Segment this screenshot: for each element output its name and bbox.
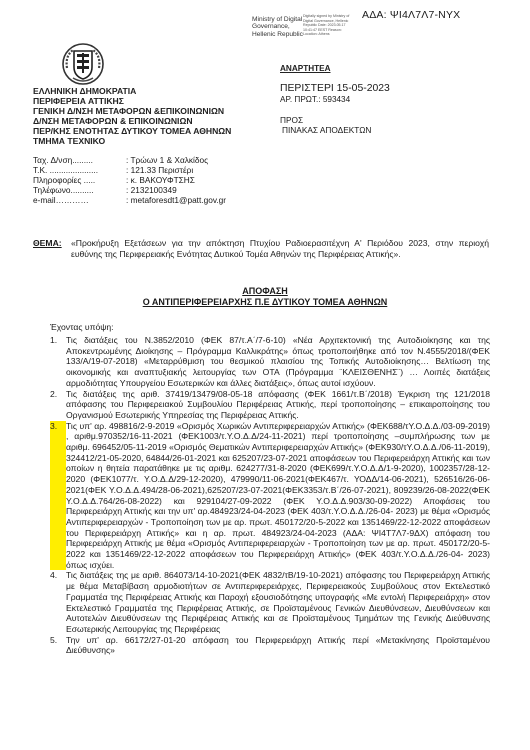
digital-signature-organization: Ministry of Digital Governance, Hellenic… bbox=[252, 16, 304, 38]
subject-label: ΘΕΜΑ: bbox=[33, 238, 71, 260]
considerations-list: 1. Τις διατάξεις του Ν.3852/2010 (ΦΕΚ 87… bbox=[50, 335, 490, 656]
digital-signature-details: Digitally signed by Ministry of Digital … bbox=[303, 14, 351, 37]
recipient-value: ΠΙΝΑΚΑΣ ΑΠΟΔΕΚΤΩΝ bbox=[280, 125, 390, 135]
contact-row-address: Ταχ. Δ/νση.........: Τρώων 1 & Χαλκίδος bbox=[33, 155, 226, 165]
subject-text: «Προκήρυξη Εξετάσεων για την απόκτηση Πτ… bbox=[71, 238, 489, 260]
email-link[interactable]: : metaforesdt1@patt.gov.gr bbox=[126, 195, 226, 205]
decision-heading: ΑΠΟΦΑΣΗ Ο ΑΝΤΙΠΕΡΙΦΕΡΕΙΑΡΧΗΣ Π.Ε ΔΥΤΙΚΟΥ… bbox=[0, 286, 530, 309]
posted-label: ΑΝΑΡΤΗΤΕΑ bbox=[280, 64, 390, 73]
considering-label: Έχοντας υπόψη: bbox=[50, 322, 114, 332]
header-line: ΠΕΡΙΦΕΡΕΙΑ ΑΤΤΙΚΗΣ bbox=[33, 96, 231, 106]
recipient-label: ΠΡΟΣ bbox=[280, 115, 390, 125]
issuer-header: ΕΛΛΗΝΙΚΗ ΔΗΜΟΚΡΑΤΙΑ ΠΕΡΙΦΕΡΕΙΑ ΑΤΤΙΚΗΣ Γ… bbox=[33, 86, 231, 147]
list-item: 4. Τις διατάξεις της με αριθ. 864073/14-… bbox=[50, 570, 490, 634]
contact-row-phone: Τηλέφωνο..........: 2132100349 bbox=[33, 185, 226, 195]
document-meta: ΑΝΑΡΤΗΤΕΑ ΠΕΡΙΣΤΕΡΙ 15-05-2023 ΑΡ. ΠΡΩΤ.… bbox=[280, 64, 390, 135]
ada-code: ΑΔΑ: ΨΙ4Λ7Λ7-ΝΥΧ bbox=[362, 9, 460, 21]
subject: ΘΕΜΑ: «Προκήρυξη Εξετάσεων για την απόκτ… bbox=[33, 238, 489, 260]
header-line: ΕΛΛΗΝΙΚΗ ΔΗΜΟΚΡΑΤΙΑ bbox=[33, 86, 231, 96]
decision-title: ΑΠΟΦΑΣΗ bbox=[0, 286, 530, 297]
contact-info: Ταχ. Δ/νση.........: Τρώων 1 & Χαλκίδος … bbox=[33, 155, 226, 205]
header-line: Δ/ΝΣΗ ΜΕΤΑΦΟΡΩΝ & ΕΠΙΚΟΙΝΩΝΙΩΝ bbox=[33, 116, 231, 126]
protocol-number: ΑΡ. ΠΡΩΤ.: 593434 bbox=[280, 95, 390, 104]
contact-row-information: Πληροφορίες .....: κ. ΒΑΚΟΥΦΤΣΗΣ bbox=[33, 175, 226, 185]
list-item: 2. Τις διατάξεις της αριθ. 37419/13479/0… bbox=[50, 389, 490, 421]
contact-row-email: e-mail…………: metaforesdt1@patt.gov.gr bbox=[33, 195, 226, 205]
place-date: ΠΕΡΙΣΤΕΡΙ 15-05-2023 bbox=[280, 83, 390, 94]
header-line: ΓΕΝΙΚΗ Δ/ΝΣΗ ΜΕΤΑΦΟΡΩΝ &ΕΠΙΚΟΙΝΩΝΙΩΝ bbox=[33, 106, 231, 116]
list-item: 1. Τις διατάξεις του Ν.3852/2010 (ΦΕΚ 87… bbox=[50, 335, 490, 389]
list-item: 3. Τις υπ' αρ. 498816/2-9-2019 «Ορισμός … bbox=[50, 421, 490, 571]
contact-row-postal-code: Τ.Κ. .....................: 121.33 Περισ… bbox=[33, 165, 226, 175]
coat-of-arms-icon bbox=[61, 42, 105, 86]
header-line: ΠΕΡ/ΚΗΣ ΕΝΟΤΗΤΑΣ ΔΥΤΙΚΟΥ ΤΟΜΕΑ ΑΘΗΝΩΝ bbox=[33, 126, 231, 136]
highlighted-number: 3. bbox=[50, 421, 66, 571]
decision-subtitle: Ο ΑΝΤΙΠΕΡΙΦΕΡΕΙΑΡΧΗΣ Π.Ε ΔΥΤΙΚΟΥ ΤΟΜΕΑ Α… bbox=[0, 297, 530, 308]
list-item: 5. Την υπ' αρ. 66172/27-01-20 απόφαση το… bbox=[50, 635, 490, 656]
header-line: ΤΜΗΜΑ ΤΕΧΝΙΚΟ bbox=[33, 136, 231, 146]
